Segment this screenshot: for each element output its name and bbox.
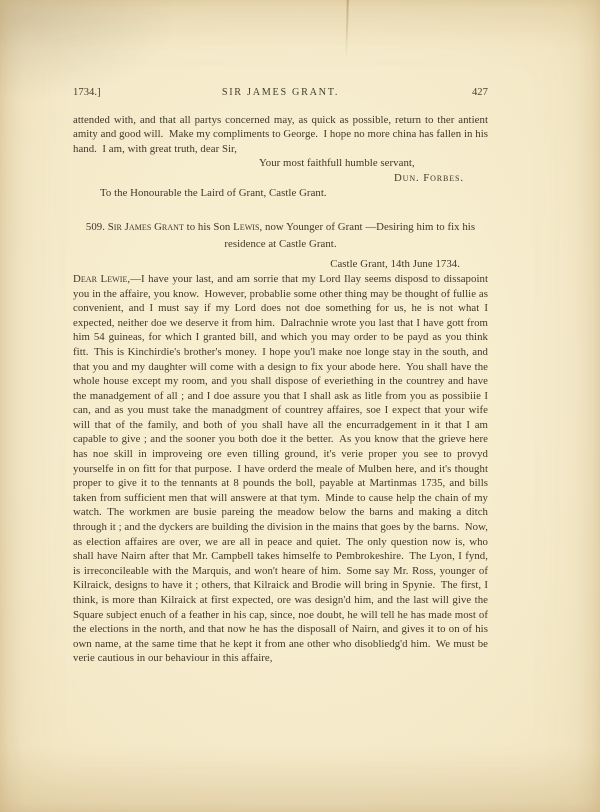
- letter-heading-mid: to his Son: [184, 221, 233, 233]
- continuation-paragraph: attended with, and that all partys conce…: [73, 113, 488, 157]
- signature-line: Dun. Forbes.: [73, 171, 488, 186]
- header-page-number: 427: [384, 86, 488, 101]
- letter-recipient-name: Lewis: [233, 221, 259, 233]
- header-year: 1734.]: [73, 86, 177, 101]
- text-block: 1734.] SIR JAMES GRANT. 427 attended wit…: [73, 86, 488, 666]
- letter-heading-rest: , now Younger of Grant —Desiring him to …: [224, 221, 475, 250]
- addressee-line: To the Honourable the Laird of Grant, Ca…: [73, 186, 488, 201]
- letter-dateline: Castle Grant, 14th June 1734.: [73, 257, 488, 272]
- book-page-scan: 1734.] SIR JAMES GRANT. 427 attended wit…: [0, 0, 600, 812]
- letter-body-paragraph: Dear Lewie,—I have your last, and am sor…: [73, 272, 488, 666]
- letter-salutation: Dear Lewie: [73, 273, 127, 285]
- letter-sender-name: Sir James Grant: [108, 221, 184, 233]
- letter-heading: 509. Sir James Grant to his Son Lewis, n…: [73, 219, 488, 252]
- letter-body-text: ,—I have your last, and am sorrie that m…: [73, 273, 488, 664]
- paper-crease-mark: [345, 0, 349, 60]
- letter-number: 509.: [86, 221, 108, 233]
- running-header: 1734.] SIR JAMES GRANT. 427: [73, 86, 488, 101]
- header-title: SIR JAMES GRANT.: [177, 86, 385, 101]
- valediction-line: Your most faithfull humble servant,: [73, 156, 488, 171]
